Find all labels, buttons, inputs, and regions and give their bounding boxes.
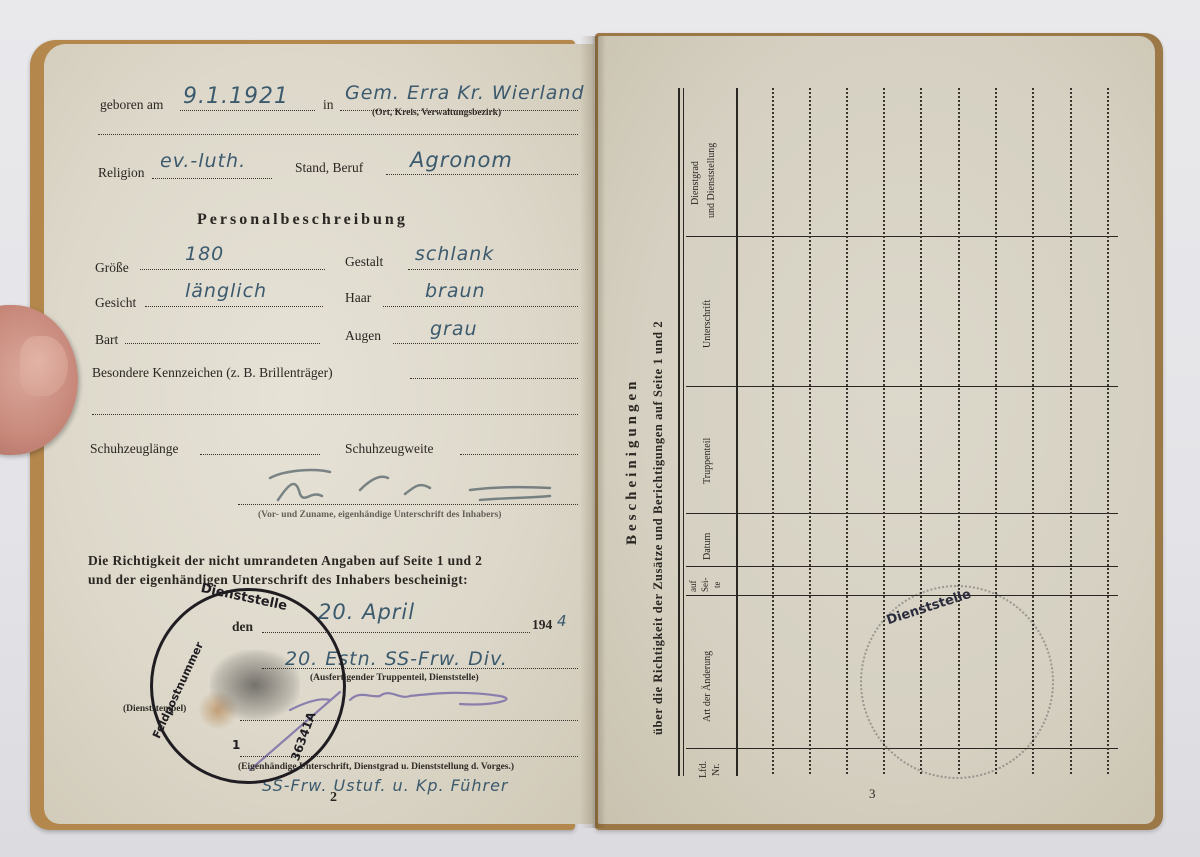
stand-label: Stand, Beruf [295, 160, 363, 176]
date-value: 20. April [318, 600, 415, 624]
religion-value: ev.-luth. [160, 150, 246, 172]
row-line [809, 88, 811, 774]
table-border-outer [678, 88, 680, 776]
thumbnail [20, 336, 68, 396]
groesse-value: 180 [185, 243, 224, 265]
col-header-auf: auf [688, 581, 698, 593]
born-label: geboren am [100, 97, 163, 113]
table-border-inner [683, 88, 684, 776]
schuh-weite-label: Schuhzeugweite [345, 441, 433, 457]
id-booklet: geboren am 9.1.1921 in Gem. Erra Kr. Wie… [0, 0, 1200, 857]
gestalt-value: schlank [415, 243, 494, 265]
col-header-lfd-1: Lfd. [698, 761, 709, 778]
row-line [1107, 88, 1109, 774]
bart-dots [125, 343, 320, 344]
augen-label: Augen [345, 328, 381, 344]
year-suffix: 4 [557, 612, 568, 630]
row-line [1070, 88, 1072, 774]
in-label: in [323, 97, 334, 113]
born-value: 9.1.1921 [183, 84, 289, 109]
page-number-right: 3 [869, 786, 876, 802]
row-line [772, 88, 774, 774]
religion-label: Religion [98, 165, 145, 181]
haar-value: braun [425, 280, 486, 302]
col-header-dienstgrad-2: und Dienststellung [706, 143, 717, 218]
gesicht-dots [145, 306, 323, 307]
in-value: Gem. Erra Kr. Wierland [345, 82, 585, 104]
bart-label: Bart [95, 332, 118, 348]
schuh-laenge-dots [200, 454, 320, 455]
born-dots [180, 110, 315, 111]
kennzeichen-dots-2 [92, 414, 578, 415]
col-line-seite [686, 566, 1118, 567]
col-line-truppenteil [686, 386, 1118, 387]
right-title: Bescheinigungen [624, 377, 641, 545]
haar-dots [383, 306, 578, 307]
row-line [846, 88, 848, 774]
officer-rank-value: SS-Frw. Ustuf. u. Kp. Führer [262, 776, 508, 795]
stand-dots [386, 174, 578, 175]
col-header-sei: Sei- [700, 578, 710, 593]
kennzeichen-label: Besondere Kennzeichen (z. B. Brillenträg… [92, 365, 333, 381]
col-header-datum: Datum [702, 533, 713, 560]
stamp-digit: 1 [232, 738, 240, 752]
gestalt-label: Gestalt [345, 254, 383, 270]
book-gutter [580, 36, 606, 828]
gestalt-dots [408, 269, 578, 270]
gesicht-value: länglich [185, 280, 267, 302]
kennzeichen-dots [410, 378, 578, 379]
augen-value: grau [430, 318, 478, 340]
page-number-left: 2 [330, 790, 337, 806]
header-separator [736, 88, 738, 776]
groesse-label: Größe [95, 260, 129, 276]
gesicht-label: Gesicht [95, 295, 136, 311]
signature-hint: (Vor- und Zuname, eigenhändige Unterschr… [258, 510, 501, 520]
haar-label: Haar [345, 290, 371, 306]
place-hint: (Ort, Kreis, Verwaltungsbezirk) [372, 108, 501, 118]
place-dots-2 [98, 134, 578, 135]
col-header-lfd-2: Nr. [711, 764, 722, 777]
schuh-weite-dots [460, 454, 578, 455]
schuh-laenge-label: Schuhzeuglänge [90, 441, 178, 457]
cert-line-2: und der eigenhändigen Unterschrift des I… [88, 572, 468, 588]
cert-line-1: Die Richtigkeit der nicht umrandeten Ang… [88, 553, 482, 569]
right-subtitle: über die Richtigkeit der Zusätze und Ber… [651, 321, 666, 735]
stand-value: Agronom [410, 148, 513, 172]
col-header-truppenteil: Truppenteil [702, 438, 713, 484]
holder-signature [230, 460, 570, 510]
augen-dots [393, 343, 578, 344]
col-header-art: Art der Änderung [702, 651, 713, 722]
col-header-te: te [712, 582, 722, 589]
year-prefix: 194 [532, 617, 552, 633]
col-line-aenderung [686, 595, 1118, 596]
groesse-dots [140, 269, 325, 270]
col-header-unterschrift: Unterschrift [702, 300, 713, 348]
holder-signature-dots [238, 504, 578, 505]
col-header-dienstgrad-1: Dienstgrad [690, 161, 701, 205]
col-line-unterschrift [686, 236, 1118, 237]
religion-dots [152, 178, 272, 179]
col-line-datum [686, 513, 1118, 514]
section-title: Personalbeschreibung [197, 211, 408, 229]
